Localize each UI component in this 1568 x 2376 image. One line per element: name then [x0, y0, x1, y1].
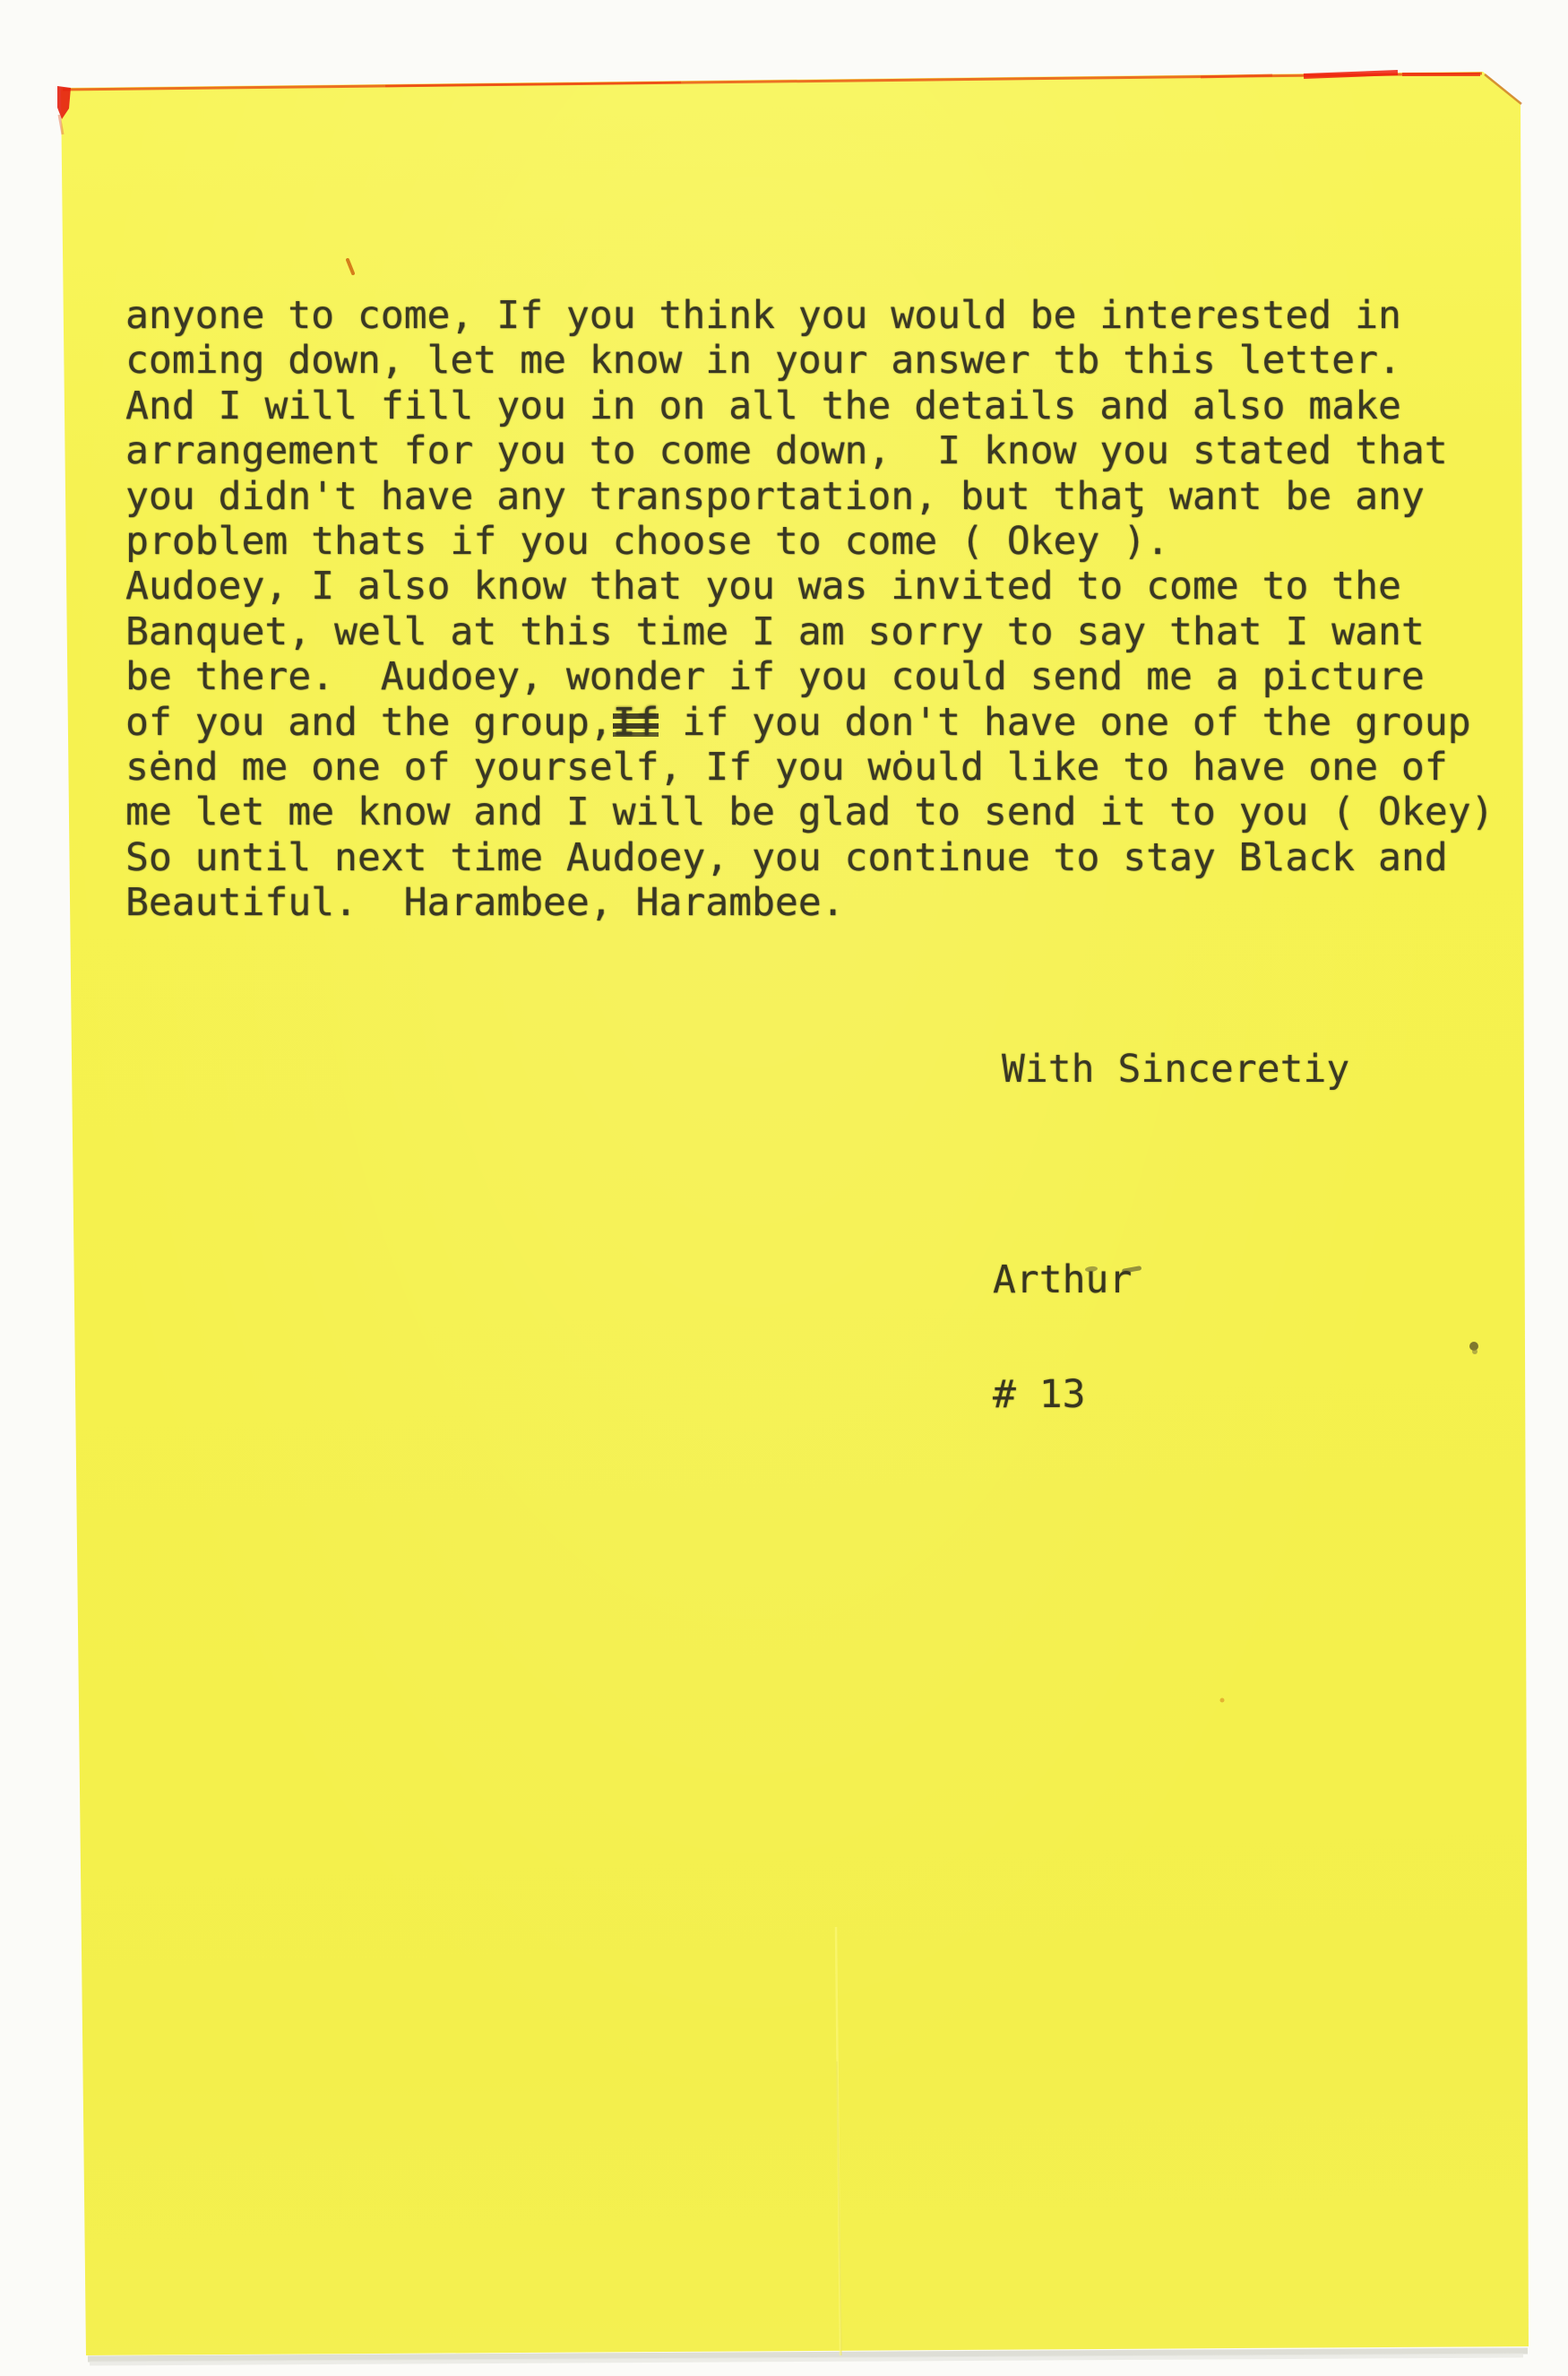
letter-line: me let me know and I will be glad to sen…	[125, 790, 1494, 834]
signature-name: Arthur	[993, 1261, 1132, 1300]
letter-line-segment: of you and the group,	[125, 700, 613, 745]
letter-line-with-correction: of you and the group,If if you don't hav…	[125, 700, 1494, 745]
letter-line: anyone to come, If you think you would b…	[125, 293, 1494, 338]
letter-line: And I will fill you in on all the detail…	[125, 384, 1494, 428]
signature-number: # 13	[993, 1376, 1132, 1414]
letter-line: Beautiful. Harambee, Harambee.	[125, 880, 1494, 925]
letter-closing: With Sinceretiy	[1002, 1047, 1349, 1092]
letter-line: you didn't have any transportation, but …	[125, 474, 1494, 519]
letter-line: So until next time Audoey, you continue …	[125, 835, 1494, 880]
letter-line: arrangement for you to come down, I know…	[125, 428, 1494, 473]
letter-body-text: anyone to come, If you think you would b…	[125, 293, 1494, 926]
letter-line: Banquet, well at this time I am sorry to…	[125, 609, 1494, 654]
letter-line: sėnd me one of yourself, If you wȯuld li…	[125, 745, 1494, 790]
strikethrough-correction: If	[613, 700, 659, 745]
letter-line: Audoey, I also know that you was invited…	[125, 564, 1494, 609]
letter-line: problem thats if you choose to come ( Ok…	[125, 519, 1494, 564]
signature-block: Arthur # 13	[993, 1185, 1132, 1490]
letter-line: be there. Audoey, wonder if you could se…	[125, 654, 1494, 699]
letter-line: coming down, let me know in your answer …	[125, 338, 1494, 383]
scanned-letter-page: anyone to come, If you think you would b…	[0, 0, 1568, 2376]
letter-line-segment: if you don't have one of the group	[659, 700, 1470, 745]
